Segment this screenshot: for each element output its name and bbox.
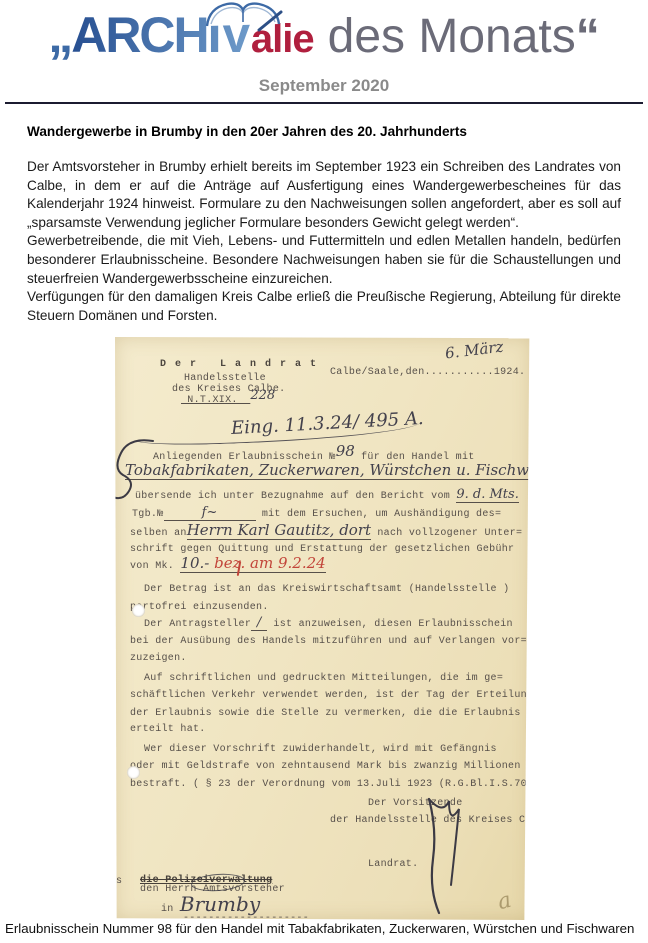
doc-line: N.T.XIX. 228	[181, 389, 275, 407]
doc-line: Auf schriftlichen und gedruckten Mitteil…	[144, 667, 503, 685]
article: Wandergewerbe in Brumby in den 20er Jahr…	[27, 124, 621, 325]
doc-line: a	[495, 888, 514, 915]
logo-open-quote: „	[48, 7, 71, 63]
logo-word-des-monats: des Monats	[328, 10, 576, 63]
scanned-letter-image: Der LandratHandelsstelledes Kreises Calb…	[115, 337, 531, 920]
typewritten-text: Der Antragsteller	[144, 619, 251, 630]
article-paragraph: Gewerbetreibende, die mit Vieh, Lebens- …	[27, 232, 621, 288]
handwritten-text: 228	[250, 388, 275, 403]
doc-line: Tgb.№f~ mit dem Ersuchen, um Aushändigun…	[132, 503, 501, 521]
doc-line: schäftlichen Verkehr verwendet werden, i…	[130, 684, 531, 702]
signature-flourish-icon	[415, 789, 475, 919]
typewritten-text: Der Betrag ist an das Kreiswirtschaftsam…	[144, 584, 509, 595]
handwritten-text: a	[495, 888, 514, 915]
punch-hole	[127, 766, 140, 779]
handwritten-text: Tobakfabrikaten, Zuckerwaren, Würstchen …	[125, 461, 531, 480]
doc-line: Tobakfabrikaten, Zuckerwaren, Würstchen …	[125, 461, 531, 480]
typewritten-text: von Mk.	[130, 561, 180, 572]
doc-line: Der Antragsteller/ ist anzuweisen, diese…	[144, 613, 513, 631]
typewritten-text: bei der Ausübung des Handels mitzuführen…	[130, 636, 527, 647]
doc-line: Der Betrag ist an das Kreiswirtschaftsam…	[144, 578, 509, 596]
typewritten-text: Auf schriftlichen und gedruckten Mitteil…	[144, 673, 503, 684]
doc-line: s	[116, 870, 122, 888]
article-paragraph: Verfügungen für den damaligen Kreis Calb…	[27, 288, 621, 325]
entry-note-underline	[135, 420, 421, 447]
open-book-icon	[201, 0, 285, 40]
doc-line: von Mk. 10.- bez. am 9.2.24	[130, 554, 326, 573]
handwritten-text: bez. am 9.2.24	[209, 554, 325, 573]
typewritten-text: portofrei einzusenden.	[130, 602, 269, 613]
doc-line: Landrat.	[368, 853, 418, 871]
handwritten-text: 98	[336, 442, 355, 460]
typewritten-text: s	[116, 876, 122, 887]
doc-line: übersende ich unter Bezugnahme auf den B…	[135, 485, 519, 503]
doc-line: Calbe/Saale,den...........1924.	[330, 361, 525, 379]
issue-date: September 2020	[0, 76, 648, 96]
typewritten-text: oder mit Geldstrafe von zehntausend Mark…	[130, 761, 521, 772]
doc-line: bei der Ausübung des Handels mitzuführen…	[130, 630, 527, 648]
typewritten-text: schäftlichen Verkehr verwendet werden, i…	[130, 690, 531, 701]
typewritten-text: Wer dieser Vorschrift zuwiderhandelt, wi…	[144, 744, 497, 755]
typewritten-text: zuzeigen.	[130, 653, 187, 664]
handwritten-text: 9. d. Mts.	[456, 487, 518, 503]
doc-line: oder mit Geldstrafe von zehntausend Mark…	[130, 755, 521, 773]
typewritten-text: erteilt hat.	[130, 724, 206, 735]
paraph-flourish-icon	[115, 435, 161, 501]
logo-close-quote: “	[576, 10, 600, 63]
handwritten-text: 10.-	[180, 554, 209, 573]
typewritten-text: in	[161, 904, 180, 915]
typewritten-text: Landrat.	[368, 859, 418, 870]
image-caption: Erlaubnisschein Nummer 98 für den Handel…	[5, 921, 645, 936]
masthead: „ARCHIValiedes Monats“	[0, 2, 648, 72]
archivalie-logo: „ARCHIValiedes Monats“	[48, 2, 600, 81]
doc-line: erteilt hat.	[130, 718, 206, 736]
article-title: Wandergewerbe in Brumby in den 20er Jahr…	[27, 124, 621, 139]
doc-line: zuzeigen.	[130, 647, 187, 665]
doc-line: 6. März	[444, 338, 504, 364]
handwritten-text: 6. März	[444, 338, 504, 363]
doc-line: Wer dieser Vorschrift zuwiderhandelt, wi…	[144, 738, 497, 756]
typewritten-text: ist anzuweisen, diesen Erlaubnisschein	[267, 619, 513, 630]
typewritten-text: N.T.XIX.	[181, 395, 250, 406]
header-divider	[5, 102, 643, 104]
handwritten-text: f~	[164, 505, 256, 521]
doc-line: --------------------	[183, 907, 309, 920]
typewritten-text: --------------------	[183, 913, 309, 920]
typewritten-text: übersende ich unter Bezugnahme auf den B…	[135, 491, 456, 502]
doc-line: portofrei einzusenden.	[130, 596, 269, 614]
typewritten-text: Calbe/Saale,den...........1924.	[330, 367, 525, 378]
handwritten-text: /	[251, 615, 267, 631]
typewritten-text: mit dem Ersuchen, um Aushändigung des=	[256, 509, 502, 520]
punch-hole	[132, 604, 145, 617]
article-paragraph: Der Amtsvorsteher in Brumby erhielt bere…	[27, 158, 621, 232]
typewritten-text: Tgb.№	[132, 509, 164, 520]
